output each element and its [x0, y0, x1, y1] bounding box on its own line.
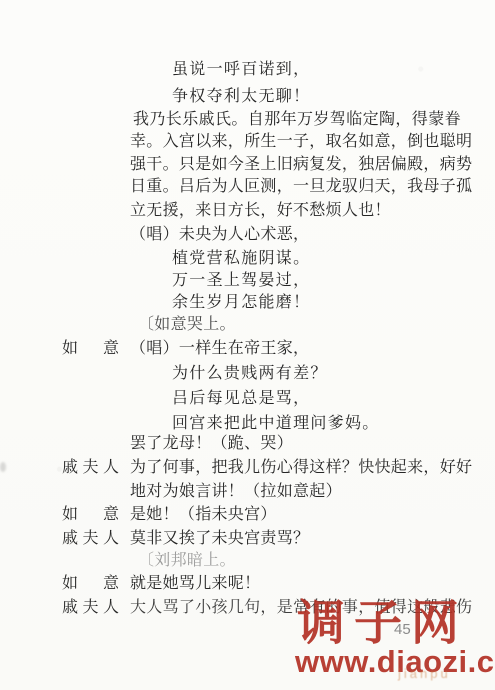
verse-line: 余生岁月怎能磨！	[172, 292, 310, 314]
verse-line: 争权夺利太无聊！	[172, 86, 310, 108]
dialogue-text: 就是她骂儿来呢！	[130, 573, 260, 595]
verse-line: 万一圣上驾晏过，	[172, 270, 310, 292]
stage-direction: 〔如意哭上。	[138, 314, 236, 336]
speaker-name: 戚夫人	[62, 457, 119, 479]
watermark-sub-text: jianpu	[398, 666, 451, 681]
dialogue-text: 罢了龙母！（跪、哭）	[130, 433, 293, 455]
speaker-name: 如意	[62, 504, 119, 526]
dialogue-line: 如意 是她！（指未央宫）	[0, 504, 495, 526]
narration-line: 强干。只是如今圣上旧病复发，独居偏殿，病势	[130, 154, 472, 176]
verse-line: 为什么贵贱两有差？	[172, 363, 328, 385]
watermark-site-name: 调子网	[297, 598, 468, 650]
speaker-name: 如意	[62, 338, 119, 360]
watermark-site-url: www.diaozi.com	[295, 645, 495, 679]
dialogue-line: 戚夫人 为了何事，把我儿伤心得这样？快快起来，好好	[0, 457, 495, 479]
narration-line: 幸。入宫以来，所生一子，取名如意，倒也聪明	[130, 131, 472, 153]
speaker-name: 如意	[62, 573, 119, 595]
verse-line: 吕后每见总是骂，	[172, 388, 310, 410]
speaker-name: 戚夫人	[62, 528, 119, 550]
narration-line: 日重。吕后为人叵测，一旦龙驭归天，我母子孤	[130, 176, 472, 198]
speaker-name: 戚夫人	[62, 597, 119, 619]
dialogue-text: 为了何事，把我儿伤心得这样？快快起来，好好	[130, 457, 472, 479]
dialogue-text: 是她！（指未央宫）	[130, 504, 277, 526]
aria-cue-line: （唱）未央为人心术恶，	[130, 224, 309, 246]
dialogue-text: 地对为娘言讲！（拉如意起）	[130, 481, 342, 503]
dialogue-text: 莫非又挨了未央宫责骂？	[130, 528, 309, 550]
verse-line: 回宫来把此中道理问爹妈。	[172, 413, 380, 435]
dialogue-text: （唱）一样生在帝王家，	[130, 338, 309, 360]
stage-direction: 〔刘邦暗上。	[138, 550, 236, 572]
dialogue-line: 如意 就是她骂儿来呢！	[0, 573, 495, 595]
narration-line: 我乃长乐戚氏。自那年万岁驾临定陶，得蒙眷	[133, 109, 461, 131]
dialogue-line: 如意 （唱）一样生在帝王家，	[0, 338, 495, 360]
verse-line: 虽说一呼百诺到，	[172, 59, 310, 81]
scanned-script-page: 虽说一呼百诺到， 争权夺利太无聊！ 我乃长乐戚氏。自那年万岁驾临定陶，得蒙眷 幸…	[0, 0, 495, 690]
dialogue-line: 戚夫人 莫非又挨了未央宫责骂？	[0, 528, 495, 550]
narration-line: 立无援，来日方长，好不愁烦人也！	[130, 200, 391, 222]
verse-line: 植党营私施阴谋。	[172, 248, 310, 270]
